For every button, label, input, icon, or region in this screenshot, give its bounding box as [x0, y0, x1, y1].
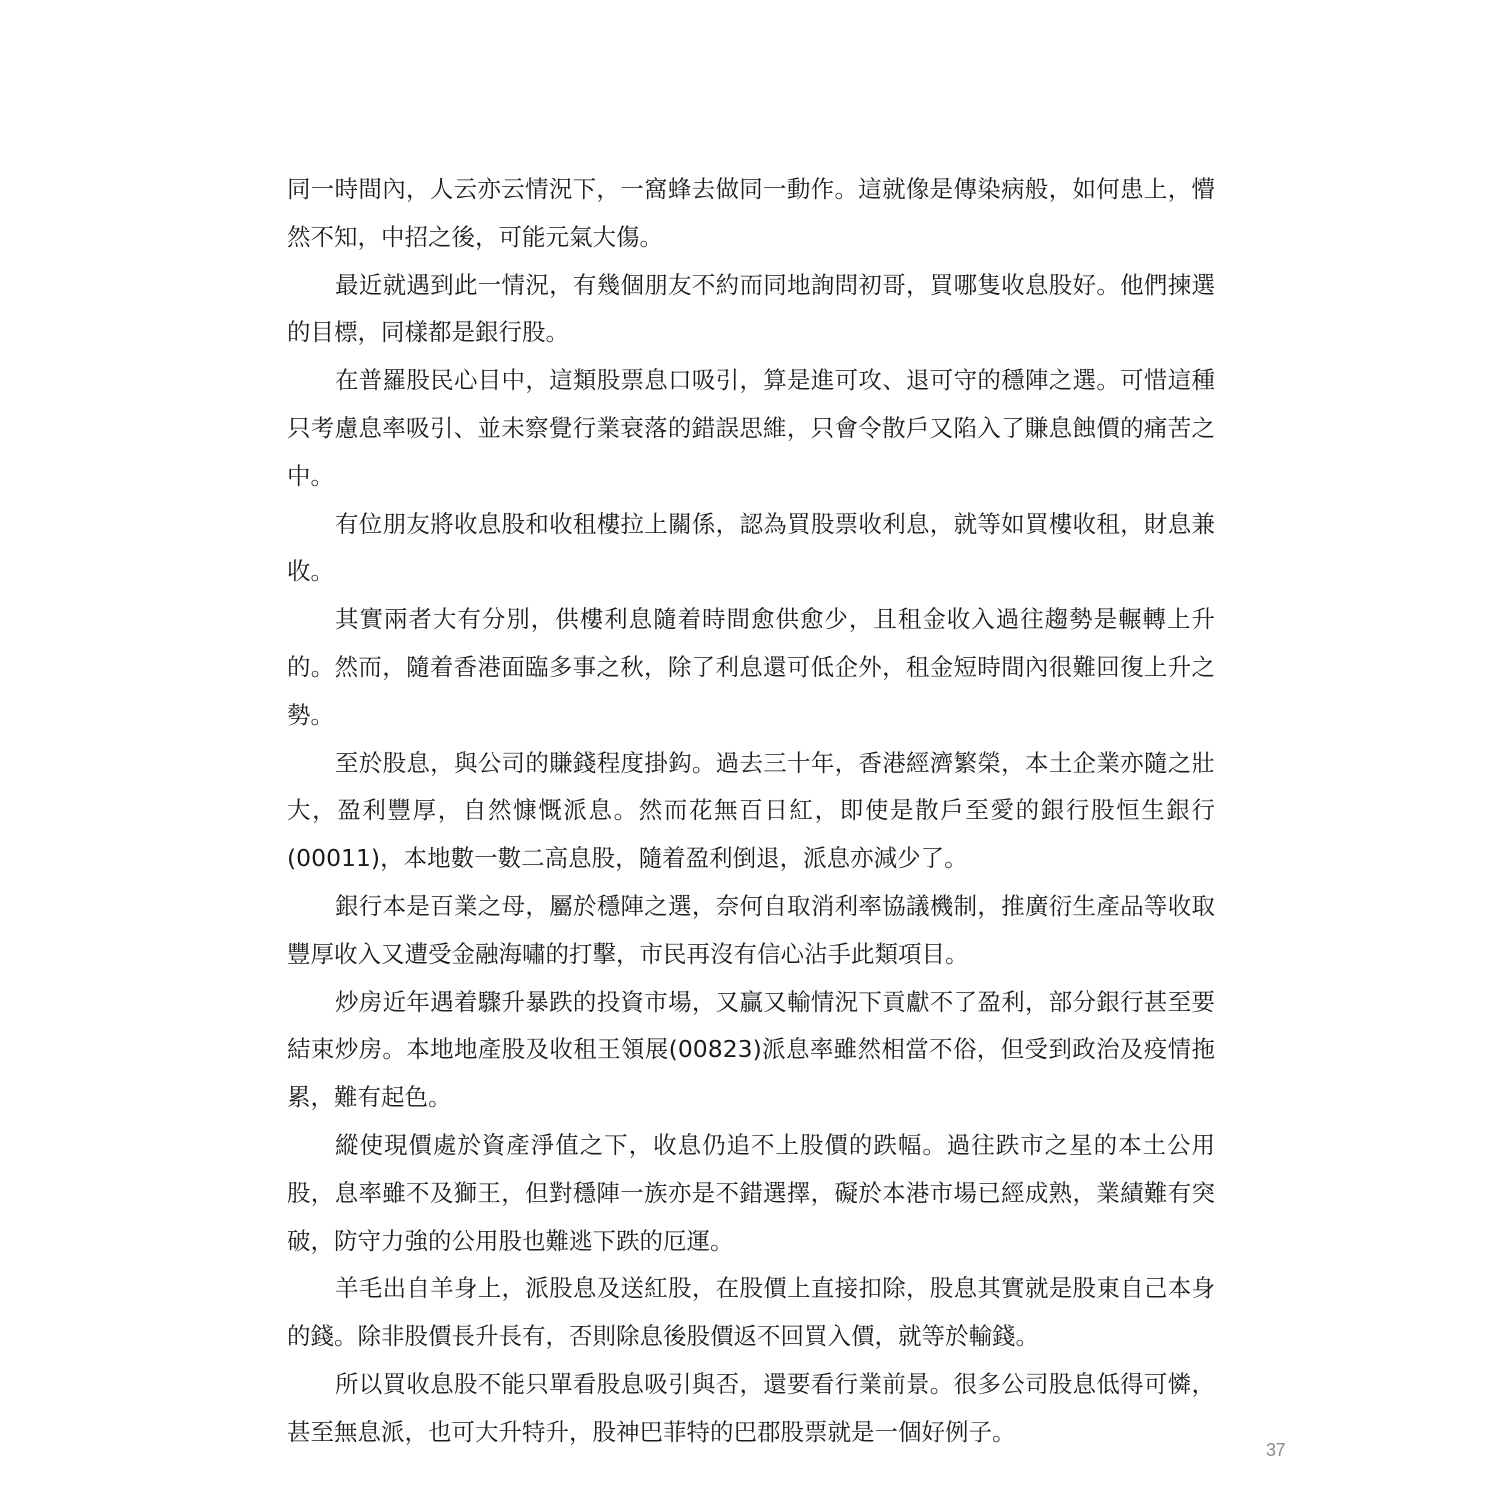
paragraph-2: 最近就遇到此一情況，有幾個朋友不約而同地詢問初哥，買哪隻收息股好。他們揀選的目標… — [287, 262, 1215, 358]
paragraph-11: 所以買收息股不能只單看股息吸引與否，還要看行業前景。很多公司股息低得可憐，甚至無… — [287, 1361, 1215, 1457]
document-body: 同一時間內，人云亦云情況下，一窩蜂去做同一動作。這就像是傳染病般，如何患上，懵然… — [287, 166, 1215, 1457]
paragraph-10: 羊毛出自羊身上，派股息及送紅股，在股價上直接扣除，股息其實就是股東自己本身的錢。… — [287, 1265, 1215, 1361]
paragraph-8: 炒房近年遇着驟升暴跌的投資市場，又贏又輸情況下貢獻不了盈利，部分銀行甚至要結束炒… — [287, 979, 1215, 1122]
paragraph-3: 在普羅股民心目中，這類股票息口吸引，算是進可攻、退可守的穩陣之選。可惜這種只考慮… — [287, 357, 1215, 500]
paragraph-1: 同一時間內，人云亦云情況下，一窩蜂去做同一動作。這就像是傳染病般，如何患上，懵然… — [287, 166, 1215, 262]
paragraph-6: 至於股息，與公司的賺錢程度掛鈎。過去三十年，香港經濟繁榮，本土企業亦隨之壯大，盈… — [287, 740, 1215, 883]
page-number: 37 — [1266, 1440, 1285, 1461]
paragraph-7: 銀行本是百業之母，屬於穩陣之選，奈何自取消利率協議機制，推廣衍生產品等收取豐厚收… — [287, 883, 1215, 979]
paragraph-5: 其實兩者大有分別，供樓利息隨着時間愈供愈少，且租金收入過往趨勢是輾轉上升的。然而… — [287, 596, 1215, 739]
paragraph-4: 有位朋友將收息股和收租樓拉上關係，認為買股票收利息，就等如買樓收租，財息兼收。 — [287, 501, 1215, 597]
paragraph-9: 縱使現價處於資產淨值之下，收息仍追不上股價的跌幅。過往跌市之星的本土公用股，息率… — [287, 1122, 1215, 1265]
